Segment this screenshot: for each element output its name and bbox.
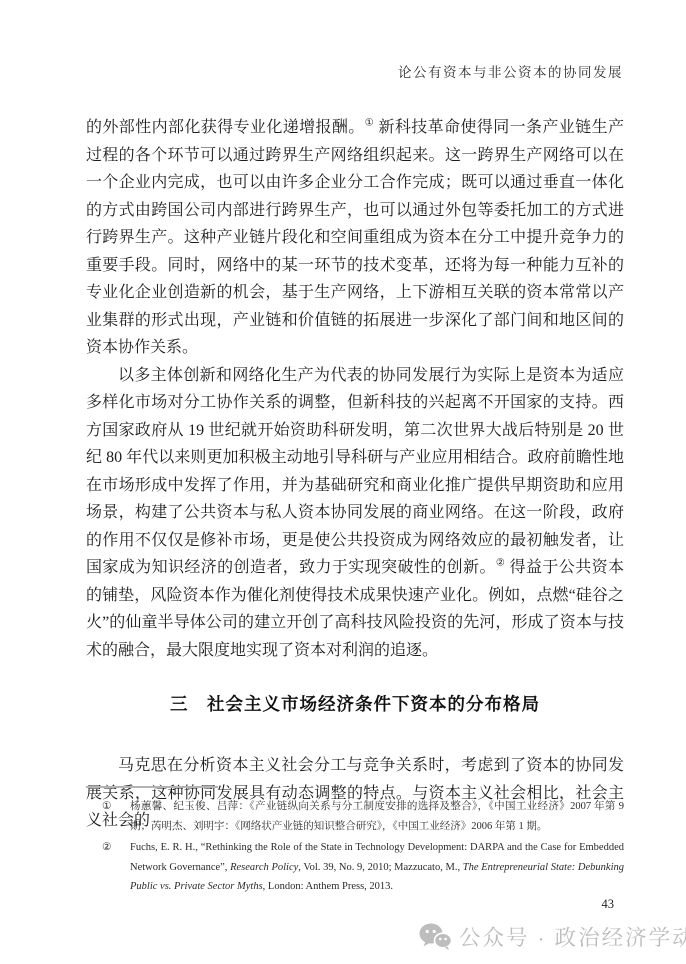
- section-heading: 三 社会主义市场经济条件下资本的分布格局: [86, 691, 624, 716]
- footnote-text: 杨蕙馨、纪玉俊、吕萍：《产业链纵向关系与分工制度安排的选择及整合》，《中国工业经…: [130, 801, 624, 832]
- paragraph: 的外部性内部化获得专业化递增报酬。① 新科技革命使得同一条产业链生产过程的各个环…: [86, 114, 624, 362]
- paragraph: 以多主体创新和网络化生产为代表的协同发展行为实际上是资本为适应多样化市场对分工协…: [86, 362, 624, 665]
- footnote: ②Fuchs, E. R. H., “Rethinking the Role o…: [86, 838, 624, 897]
- running-head-title: 论公有资本与非公资本的协同发展: [86, 61, 623, 81]
- footnote-marker: ②: [102, 838, 111, 858]
- page-number: 43: [602, 897, 615, 912]
- wechat-icon: [419, 922, 452, 951]
- footnote-separator: [86, 786, 218, 788]
- footnote-text: Fuchs, E. R. H., “Rethinking the Role of…: [130, 842, 624, 892]
- watermark-text: 公众号 · 政治经济学动态: [459, 921, 686, 952]
- footnote: ①杨蕙馨、纪玉俊、吕萍：《产业链纵向关系与分工制度安排的选择及整合》，《中国工业…: [86, 797, 624, 836]
- body-content: 的外部性内部化获得专业化递增报酬。① 新科技革命使得同一条产业链生产过程的各个环…: [86, 114, 624, 835]
- footnote-marker: ①: [102, 797, 111, 817]
- document-page: 论公有资本与非公资本的协同发展 的外部性内部化获得专业化递增报酬。① 新科技革命…: [0, 0, 686, 964]
- footnote-ref: ①: [365, 118, 374, 129]
- watermark: 公众号 · 政治经济学动态: [419, 921, 686, 952]
- footnote-list: ①杨蕙馨、纪玉俊、吕萍：《产业链纵向关系与分工制度安排的选择及整合》，《中国工业…: [86, 797, 624, 897]
- footnotes-section: ①杨蕙馨、纪玉俊、吕萍：《产业链纵向关系与分工制度安排的选择及整合》，《中国工业…: [86, 786, 624, 899]
- footnote-ref: ②: [496, 558, 505, 569]
